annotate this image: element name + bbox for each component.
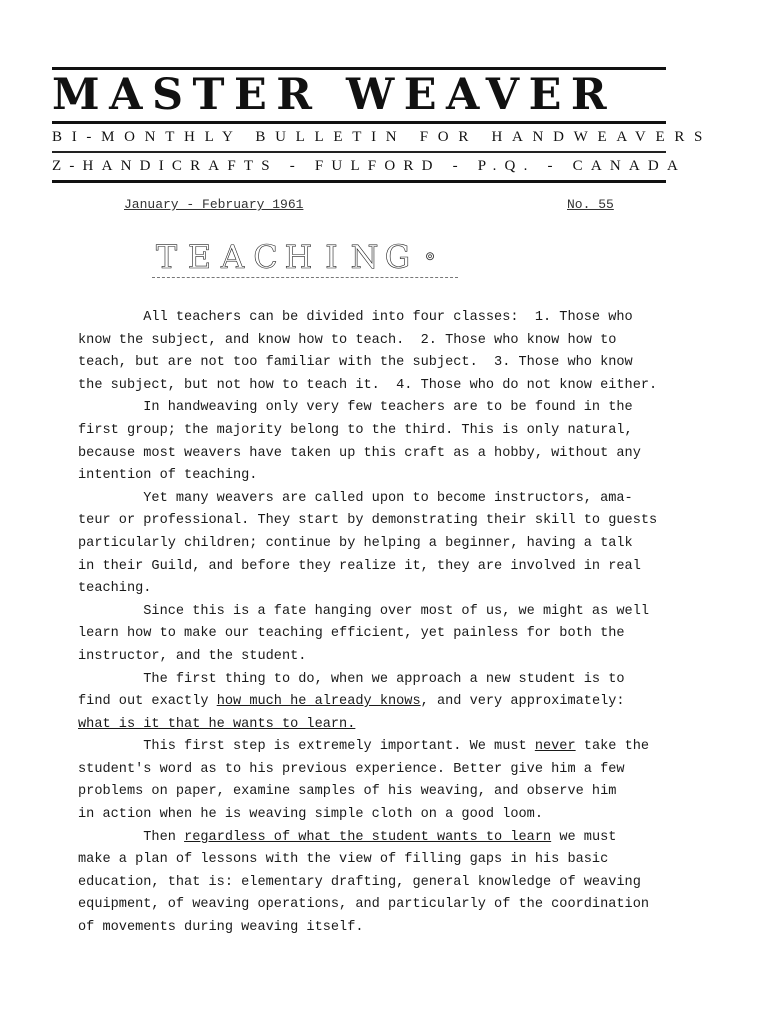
text-line: know the subject, and know how to teach.… bbox=[78, 330, 718, 353]
text-line: make a plan of lessons with the view of … bbox=[78, 849, 718, 872]
text-segment: All teachers can be divided into four cl… bbox=[78, 310, 633, 325]
text-segment: particularly children; continue by helpi… bbox=[78, 536, 633, 551]
text-line: in action when he is weaving simple clot… bbox=[78, 804, 718, 827]
text-line: education, that is: elementary drafting,… bbox=[78, 872, 718, 895]
heading-letter: C bbox=[249, 240, 282, 274]
heading-letter: I bbox=[315, 240, 348, 274]
text-line: what is it that he wants to learn. bbox=[78, 714, 718, 737]
text-segment: equipment, of weaving operations, and pa… bbox=[78, 897, 649, 912]
text-segment: take the bbox=[576, 739, 649, 754]
text-line: particularly children; continue by helpi… bbox=[78, 533, 718, 556]
text-segment: student's word as to his previous experi… bbox=[78, 762, 625, 777]
text-segment: learn how to make our teaching efficient… bbox=[78, 626, 625, 641]
text-segment: know the subject, and know how to teach.… bbox=[78, 333, 616, 348]
heading-letter: H bbox=[282, 240, 315, 274]
publisher-line: Z-HANDICRAFTS - FULFORD - P.Q. - CANADA bbox=[52, 155, 666, 179]
underlined-phrase: never bbox=[535, 739, 576, 754]
text-line: in their Guild, and before they realize … bbox=[78, 556, 718, 579]
masthead-bottom-rule bbox=[52, 180, 666, 183]
text-line: intention of teaching. bbox=[78, 465, 718, 488]
text-line: All teachers can be divided into four cl… bbox=[78, 307, 718, 330]
issue-number: No. 55 bbox=[567, 197, 614, 212]
text-line: learn how to make our teaching efficient… bbox=[78, 623, 718, 646]
heading-letter: T bbox=[150, 240, 183, 274]
text-segment: In handweaving only very few teachers ar… bbox=[78, 400, 633, 415]
text-segment: of movements during weaving itself. bbox=[78, 920, 364, 935]
text-line: teur or professional. They start by demo… bbox=[78, 510, 718, 533]
masthead-rule bbox=[52, 151, 666, 153]
text-segment: Then bbox=[78, 830, 184, 845]
text-line: find out exactly how much he already kno… bbox=[78, 691, 718, 714]
text-segment: Since this is a fate hanging over most o… bbox=[78, 604, 649, 619]
article-heading: TEACHING⊚ bbox=[150, 240, 460, 280]
text-line: Yet many weavers are called upon to beco… bbox=[78, 488, 718, 511]
issue-date: January - February 1961 bbox=[124, 197, 303, 212]
text-segment: we must bbox=[551, 830, 616, 845]
publication-title: MASTER WEAVER bbox=[52, 72, 666, 118]
text-segment: in action when he is weaving simple clot… bbox=[78, 807, 543, 822]
text-segment: find out exactly bbox=[78, 694, 217, 709]
underlined-phrase: what is it that he wants to learn. bbox=[78, 717, 355, 732]
text-line: because most weavers have taken up this … bbox=[78, 443, 718, 466]
heading-letter: N bbox=[348, 240, 381, 274]
heading-letter: G bbox=[381, 240, 414, 274]
decorative-heading-letters: TEACHING⊚ bbox=[150, 240, 460, 274]
text-segment: education, that is: elementary drafting,… bbox=[78, 875, 641, 890]
text-line: first group; the majority belong to the … bbox=[78, 420, 718, 443]
text-segment: teur or professional. They start by demo… bbox=[78, 513, 657, 528]
text-line: the subject, but not how to teach it. 4.… bbox=[78, 375, 718, 398]
masthead: MASTER WEAVER BI-MONTHLY BULLETIN FOR HA… bbox=[52, 67, 666, 183]
underlined-phrase: how much he already knows bbox=[217, 694, 421, 709]
text-segment: This first step is extremely important. … bbox=[78, 739, 535, 754]
text-line: Then regardless of what the student want… bbox=[78, 827, 718, 850]
text-line: In handweaving only very few teachers ar… bbox=[78, 397, 718, 420]
text-line: teach, but are not too familiar with the… bbox=[78, 352, 718, 375]
text-line: teaching. bbox=[78, 578, 718, 601]
text-segment: the subject, but not how to teach it. 4.… bbox=[78, 378, 657, 393]
text-segment: , and very approximately: bbox=[421, 694, 625, 709]
text-segment: teach, but are not too familiar with the… bbox=[78, 355, 633, 370]
text-segment: The first thing to do, when we approach … bbox=[78, 672, 625, 687]
text-line: of movements during weaving itself. bbox=[78, 917, 718, 940]
text-segment: intention of teaching. bbox=[78, 468, 257, 483]
text-segment: in their Guild, and before they realize … bbox=[78, 559, 641, 574]
text-segment: problems on paper, examine samples of hi… bbox=[78, 784, 616, 799]
text-segment: Yet many weavers are called upon to beco… bbox=[78, 491, 633, 506]
text-segment: make a plan of lessons with the view of … bbox=[78, 852, 608, 867]
text-line: problems on paper, examine samples of hi… bbox=[78, 781, 718, 804]
heading-letter: A bbox=[216, 240, 249, 274]
text-line: instructor, and the student. bbox=[78, 646, 718, 669]
heading-letter: E bbox=[183, 240, 216, 274]
publication-subtitle: BI-MONTHLY BULLETIN FOR HANDWEAVERS bbox=[52, 126, 666, 150]
text-segment: teaching. bbox=[78, 581, 151, 596]
text-line: Since this is a fate hanging over most o… bbox=[78, 601, 718, 624]
text-line: student's word as to his previous experi… bbox=[78, 759, 718, 782]
text-segment: because most weavers have taken up this … bbox=[78, 446, 641, 461]
masthead-rule bbox=[52, 121, 666, 124]
text-line: This first step is extremely important. … bbox=[78, 736, 718, 759]
text-segment: first group; the majority belong to the … bbox=[78, 423, 633, 438]
text-line: equipment, of weaving operations, and pa… bbox=[78, 894, 718, 917]
text-line: The first thing to do, when we approach … bbox=[78, 669, 718, 692]
article-body: All teachers can be divided into four cl… bbox=[78, 307, 718, 940]
ornament-icon: ⊚ bbox=[420, 249, 440, 264]
underlined-phrase: regardless of what the student wants to … bbox=[184, 830, 551, 845]
text-segment: instructor, and the student. bbox=[78, 649, 306, 664]
heading-underline bbox=[152, 277, 458, 278]
